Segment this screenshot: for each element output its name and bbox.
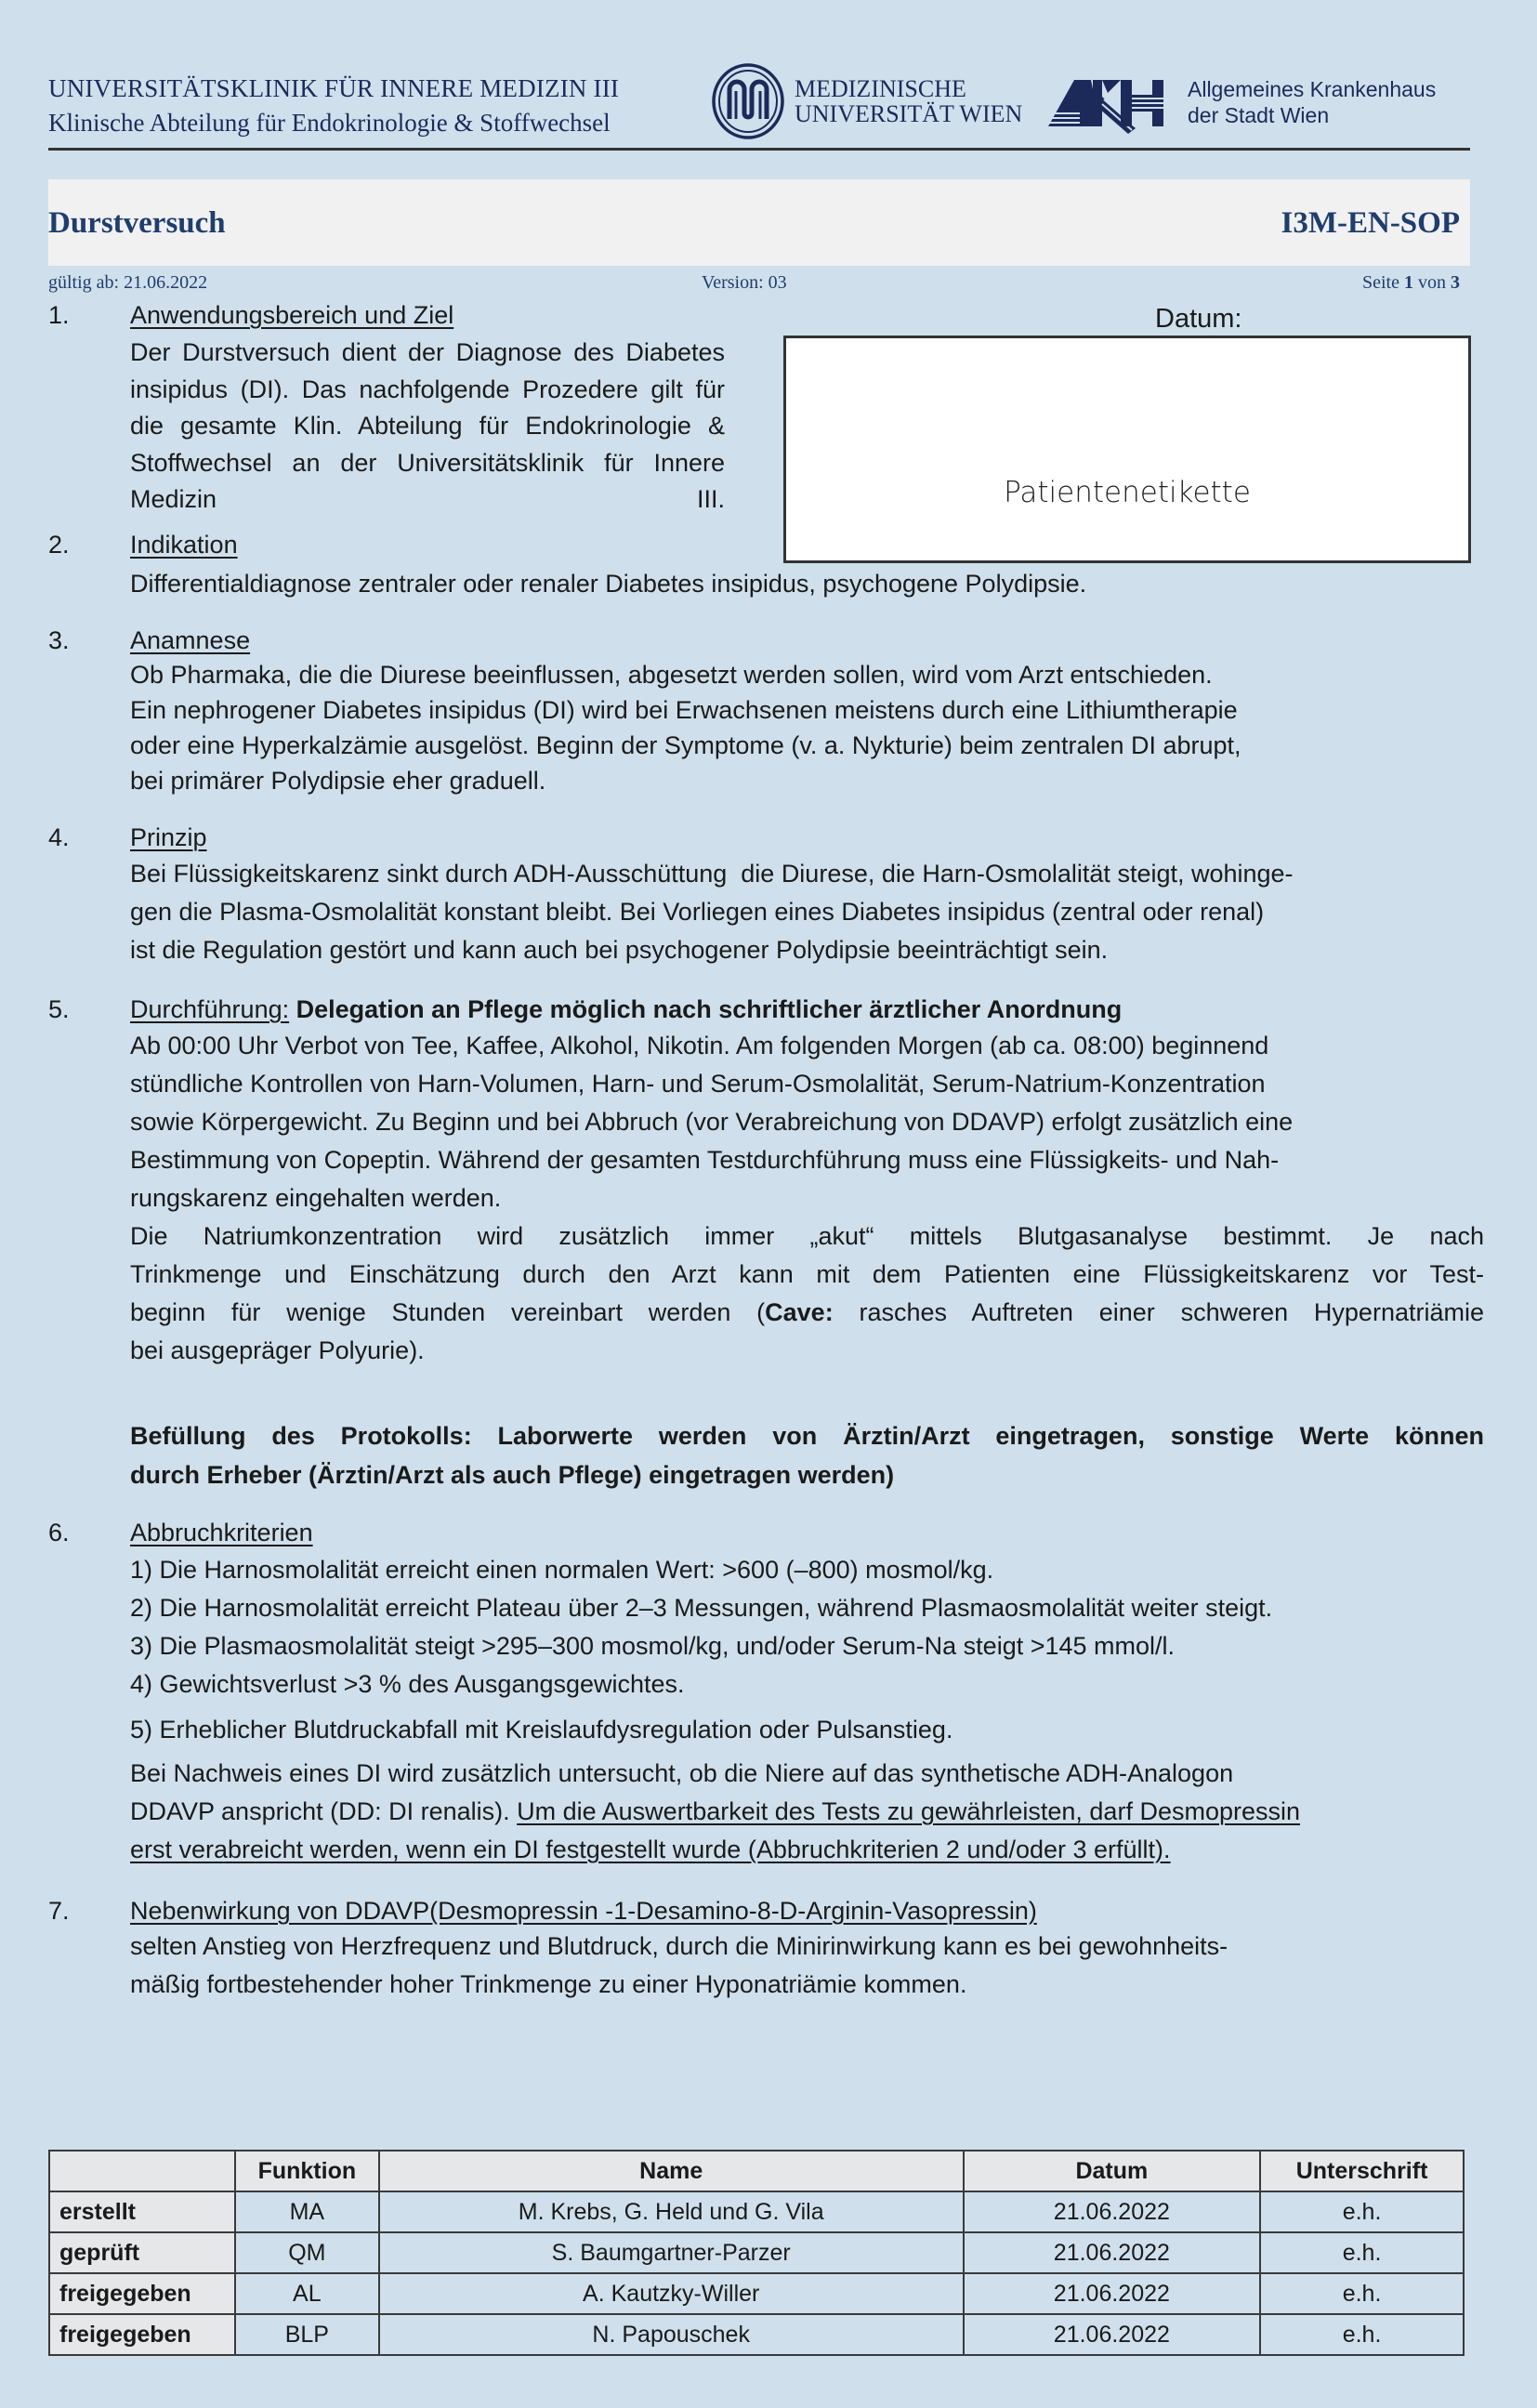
section-4-heading-text: Prinzip xyxy=(130,823,207,851)
section-1-number: 1. xyxy=(48,296,70,335)
section-5-line: rungskarenz eingehalten werden. xyxy=(130,1179,1293,1217)
cell-name: S. Baumgartner-Parzer xyxy=(379,2232,964,2273)
cell-date: 21.06.2022 xyxy=(964,2191,1261,2232)
section-6-line: DDAVP anspricht (DD: DI renalis). Um die… xyxy=(130,1793,1300,1831)
page-current: 1 xyxy=(1404,272,1413,293)
cell-date: 21.06.2022 xyxy=(964,2232,1261,2273)
section-3-heading: Anamnese xyxy=(130,621,250,660)
table-row: freigegeben AL A. Kautzky-Willer 21.06.2… xyxy=(49,2273,1464,2314)
section-5-line: sowie Körpergewicht. Zu Beginn und bei A… xyxy=(130,1103,1293,1141)
table-row: freigegeben BLP N. Papouschek 21.06.2022… xyxy=(49,2314,1464,2355)
meduni-line1: MEDIZINISCHE xyxy=(795,76,1022,101)
section-5-body: Ab 00:00 Uhr Verbot von Tee, Kaffee, Alk… xyxy=(130,1027,1293,1217)
cell-date: 21.06.2022 xyxy=(964,2314,1261,2355)
page-indicator: Seite 1 von 3 xyxy=(1362,272,1460,294)
date-label: Datum: xyxy=(1155,299,1241,338)
section-6-ddavp-paragraph: Bei Nachweis eines DI wird zusätzlich un… xyxy=(130,1755,1300,1869)
section-4-body: Bei Flüssigkeitskarenz sinkt durch ADH-A… xyxy=(130,855,1294,969)
cell-role: freigegeben xyxy=(49,2273,235,2314)
cell-name: N. Papouschek xyxy=(379,2314,964,2355)
cell-function: QM xyxy=(235,2232,379,2273)
col-header-function: Funktion xyxy=(235,2151,379,2191)
section-2-heading-text: Indikation xyxy=(130,531,238,559)
approvals-table: Funktion Name Datum Unterschrift erstell… xyxy=(48,2150,1465,2356)
protocol-note-line: durch Erheber (Ärztin/Arzt als auch Pfle… xyxy=(130,1455,1484,1494)
section-4-number: 4. xyxy=(48,818,70,857)
section-7-line: mäßig fortbestehender hoher Trinkmenge z… xyxy=(130,1966,1228,2004)
cave-label: Cave: xyxy=(765,1298,834,1326)
text: rasches Auftreten einer schweren Hyperna… xyxy=(834,1298,1484,1326)
cell-date: 21.06.2022 xyxy=(964,2273,1261,2314)
section-5-heading: Durchführung: Delegation an Pflege mögli… xyxy=(130,990,1122,1029)
meduni-wien-wordmark: MEDIZINISCHE UNIVERSITÄT WIEN xyxy=(795,76,1022,126)
document-title: Durstversuch xyxy=(48,206,226,241)
section-6-heading: Abbruchkriterien xyxy=(130,1513,313,1552)
section-7-number: 7. xyxy=(48,1891,70,1930)
section-5-line: stündliche Kontrollen von Harn-Volumen, … xyxy=(130,1065,1293,1103)
page-prefix: Seite xyxy=(1362,272,1399,293)
section-5-number: 5. xyxy=(48,990,70,1029)
section-6-number: 6. xyxy=(48,1513,70,1552)
desmopressin-warning: erst verabreicht werden, wenn ein DI fes… xyxy=(130,1831,1300,1869)
abort-criterion: 1) Die Harnosmolalität erreicht einen no… xyxy=(130,1551,1272,1589)
cell-signature: e.h. xyxy=(1260,2232,1464,2273)
abort-criterion: 3) Die Plasmaosmolalität steigt >295–300… xyxy=(130,1627,1272,1665)
section-3-line: Ein nephrogener Diabetes insipidus (DI) … xyxy=(130,692,1241,728)
document-code: I3M-EN-SOP xyxy=(1281,206,1461,241)
cell-role: geprüft xyxy=(49,2232,235,2273)
cell-role: erstellt xyxy=(49,2191,235,2232)
section-5-line: bei ausgepräger Polyurie). xyxy=(130,1332,1484,1370)
department-name: Klinische Abteilung für Endokrinologie &… xyxy=(48,109,611,138)
section-5-line: Die Natriumkonzentration wird zusätzlich… xyxy=(130,1217,1484,1256)
meduni-line2: UNIVERSITÄT WIEN xyxy=(795,101,1022,126)
cell-signature: e.h. xyxy=(1260,2273,1464,2314)
section-3-line: oder eine Hyperkalzämie ausgelöst. Begin… xyxy=(130,728,1241,763)
section-2-number: 2. xyxy=(48,525,70,564)
table-row: erstellt MA M. Krebs, G. Held und G. Vil… xyxy=(49,2191,1464,2232)
section-4-line: ist die Regulation gestört und kann auch… xyxy=(130,931,1294,969)
section-5-line: Ab 00:00 Uhr Verbot von Tee, Kaffee, Alk… xyxy=(130,1027,1293,1065)
section-3-line: bei primärer Polydipsie eher graduell. xyxy=(130,763,1241,798)
cell-role: freigegeben xyxy=(49,2314,235,2355)
section-5-heading-text: Durchführung: xyxy=(130,995,289,1023)
patient-label-box[interactable]: Patientenetikette xyxy=(783,336,1471,563)
akh-line2: der Stadt Wien xyxy=(1188,102,1436,128)
section-5-sodium-paragraph: Die Natriumkonzentration wird zusätzlich… xyxy=(130,1217,1484,1370)
abort-criterion: 2) Die Harnosmolalität erreicht Plateau … xyxy=(130,1589,1272,1627)
section-5-delegation-note: Delegation an Pflege möglich nach schrif… xyxy=(289,995,1122,1023)
table-row: geprüft QM S. Baumgartner-Parzer 21.06.2… xyxy=(49,2232,1464,2273)
section-3-heading-text: Anamnese xyxy=(130,626,250,654)
meduni-wien-logo-icon xyxy=(711,63,785,139)
section-7-body: selten Anstieg von Herzfrequenz und Blut… xyxy=(130,1928,1228,2004)
col-header-signature: Unterschrift xyxy=(1260,2151,1464,2191)
protocol-note-line: Befüllung des Protokolls: Laborwerte wer… xyxy=(130,1416,1484,1455)
section-1-body: Der Durstversuch dient der Diagnose des … xyxy=(130,335,725,519)
text: DDAVP anspricht (DD: DI renalis). xyxy=(130,1797,517,1825)
section-4-line: gen die Plasma-Osmolalität konstant blei… xyxy=(130,893,1294,931)
col-header-role xyxy=(49,2151,235,2191)
abort-criterion: 4) Gewichtsverlust >3 % des Ausgangsgewi… xyxy=(130,1665,1272,1704)
valid-from: gültig ab: 21.06.2022 xyxy=(48,272,207,294)
cell-function: BLP xyxy=(235,2314,379,2355)
protocol-note: Befüllung des Protokolls: Laborwerte wer… xyxy=(130,1416,1484,1494)
akh-logo-icon xyxy=(1046,78,1176,134)
section-5-line: Bestimmung von Copeptin. Während der ges… xyxy=(130,1141,1293,1179)
cell-signature: e.h. xyxy=(1260,2314,1464,2355)
section-3-number: 3. xyxy=(48,621,70,660)
desmopressin-warning: Um die Auswertbarkeit des Tests zu gewäh… xyxy=(517,1797,1300,1825)
cell-function: MA xyxy=(235,2191,379,2232)
page-of: von xyxy=(1418,272,1446,293)
section-1-heading-text: Anwendungsbereich und Ziel xyxy=(130,301,453,329)
akh-wordmark: Allgemeines Krankenhaus der Stadt Wien xyxy=(1188,76,1436,128)
akh-line1: Allgemeines Krankenhaus xyxy=(1188,76,1436,102)
patient-label-text: Patientenetikette xyxy=(786,476,1468,509)
col-header-date: Datum xyxy=(964,2151,1261,2191)
cell-signature: e.h. xyxy=(1260,2191,1464,2232)
text: beginn für wenige Stunden vereinbart wer… xyxy=(130,1298,765,1326)
abort-criteria-list: 1) Die Harnosmolalität erreicht einen no… xyxy=(130,1551,1272,1749)
version: Version: 03 xyxy=(702,272,787,294)
section-1-heading: Anwendungsbereich und Ziel xyxy=(130,296,453,335)
cell-name: A. Kautzky-Willer xyxy=(379,2273,964,2314)
section-5-line: Trinkmenge und Einschätzung durch den Ar… xyxy=(130,1256,1484,1294)
section-7-heading-text: Nebenwirkung von DDAVP(Desmopressin -1-D… xyxy=(130,1897,1037,1925)
header-divider xyxy=(48,148,1470,151)
page-total: 3 xyxy=(1451,272,1460,293)
section-6-heading-text: Abbruchkriterien xyxy=(130,1519,313,1546)
section-3-body: Ob Pharmaka, die die Diurese beeinflusse… xyxy=(130,657,1241,798)
clinic-name: UNIVERSITÄTSKLINIK FÜR INNERE MEDIZIN II… xyxy=(48,74,619,103)
abort-criterion: 5) Erheblicher Blutdruckabfall mit Kreis… xyxy=(130,1711,1272,1749)
col-header-name: Name xyxy=(379,2151,964,2191)
cell-function: AL xyxy=(235,2273,379,2314)
section-6-line: Bei Nachweis eines DI wird zusätzlich un… xyxy=(130,1755,1300,1793)
section-5-line: beginn für wenige Stunden vereinbart wer… xyxy=(130,1294,1484,1332)
section-2-heading: Indikation xyxy=(130,525,238,564)
cell-name: M. Krebs, G. Held und G. Vila xyxy=(379,2191,964,2232)
section-7-line: selten Anstieg von Herzfrequenz und Blut… xyxy=(130,1928,1228,1966)
title-bar xyxy=(48,179,1470,266)
section-4-line: Bei Flüssigkeitskarenz sinkt durch ADH-A… xyxy=(130,855,1294,893)
section-7-heading: Nebenwirkung von DDAVP(Desmopressin -1-D… xyxy=(130,1891,1037,1930)
section-4-heading: Prinzip xyxy=(130,818,207,857)
section-2-body: Differentialdiagnose zentraler oder rena… xyxy=(130,564,1086,603)
table-header-row: Funktion Name Datum Unterschrift xyxy=(49,2151,1464,2191)
section-3-line: Ob Pharmaka, die die Diurese beeinflusse… xyxy=(130,657,1241,692)
